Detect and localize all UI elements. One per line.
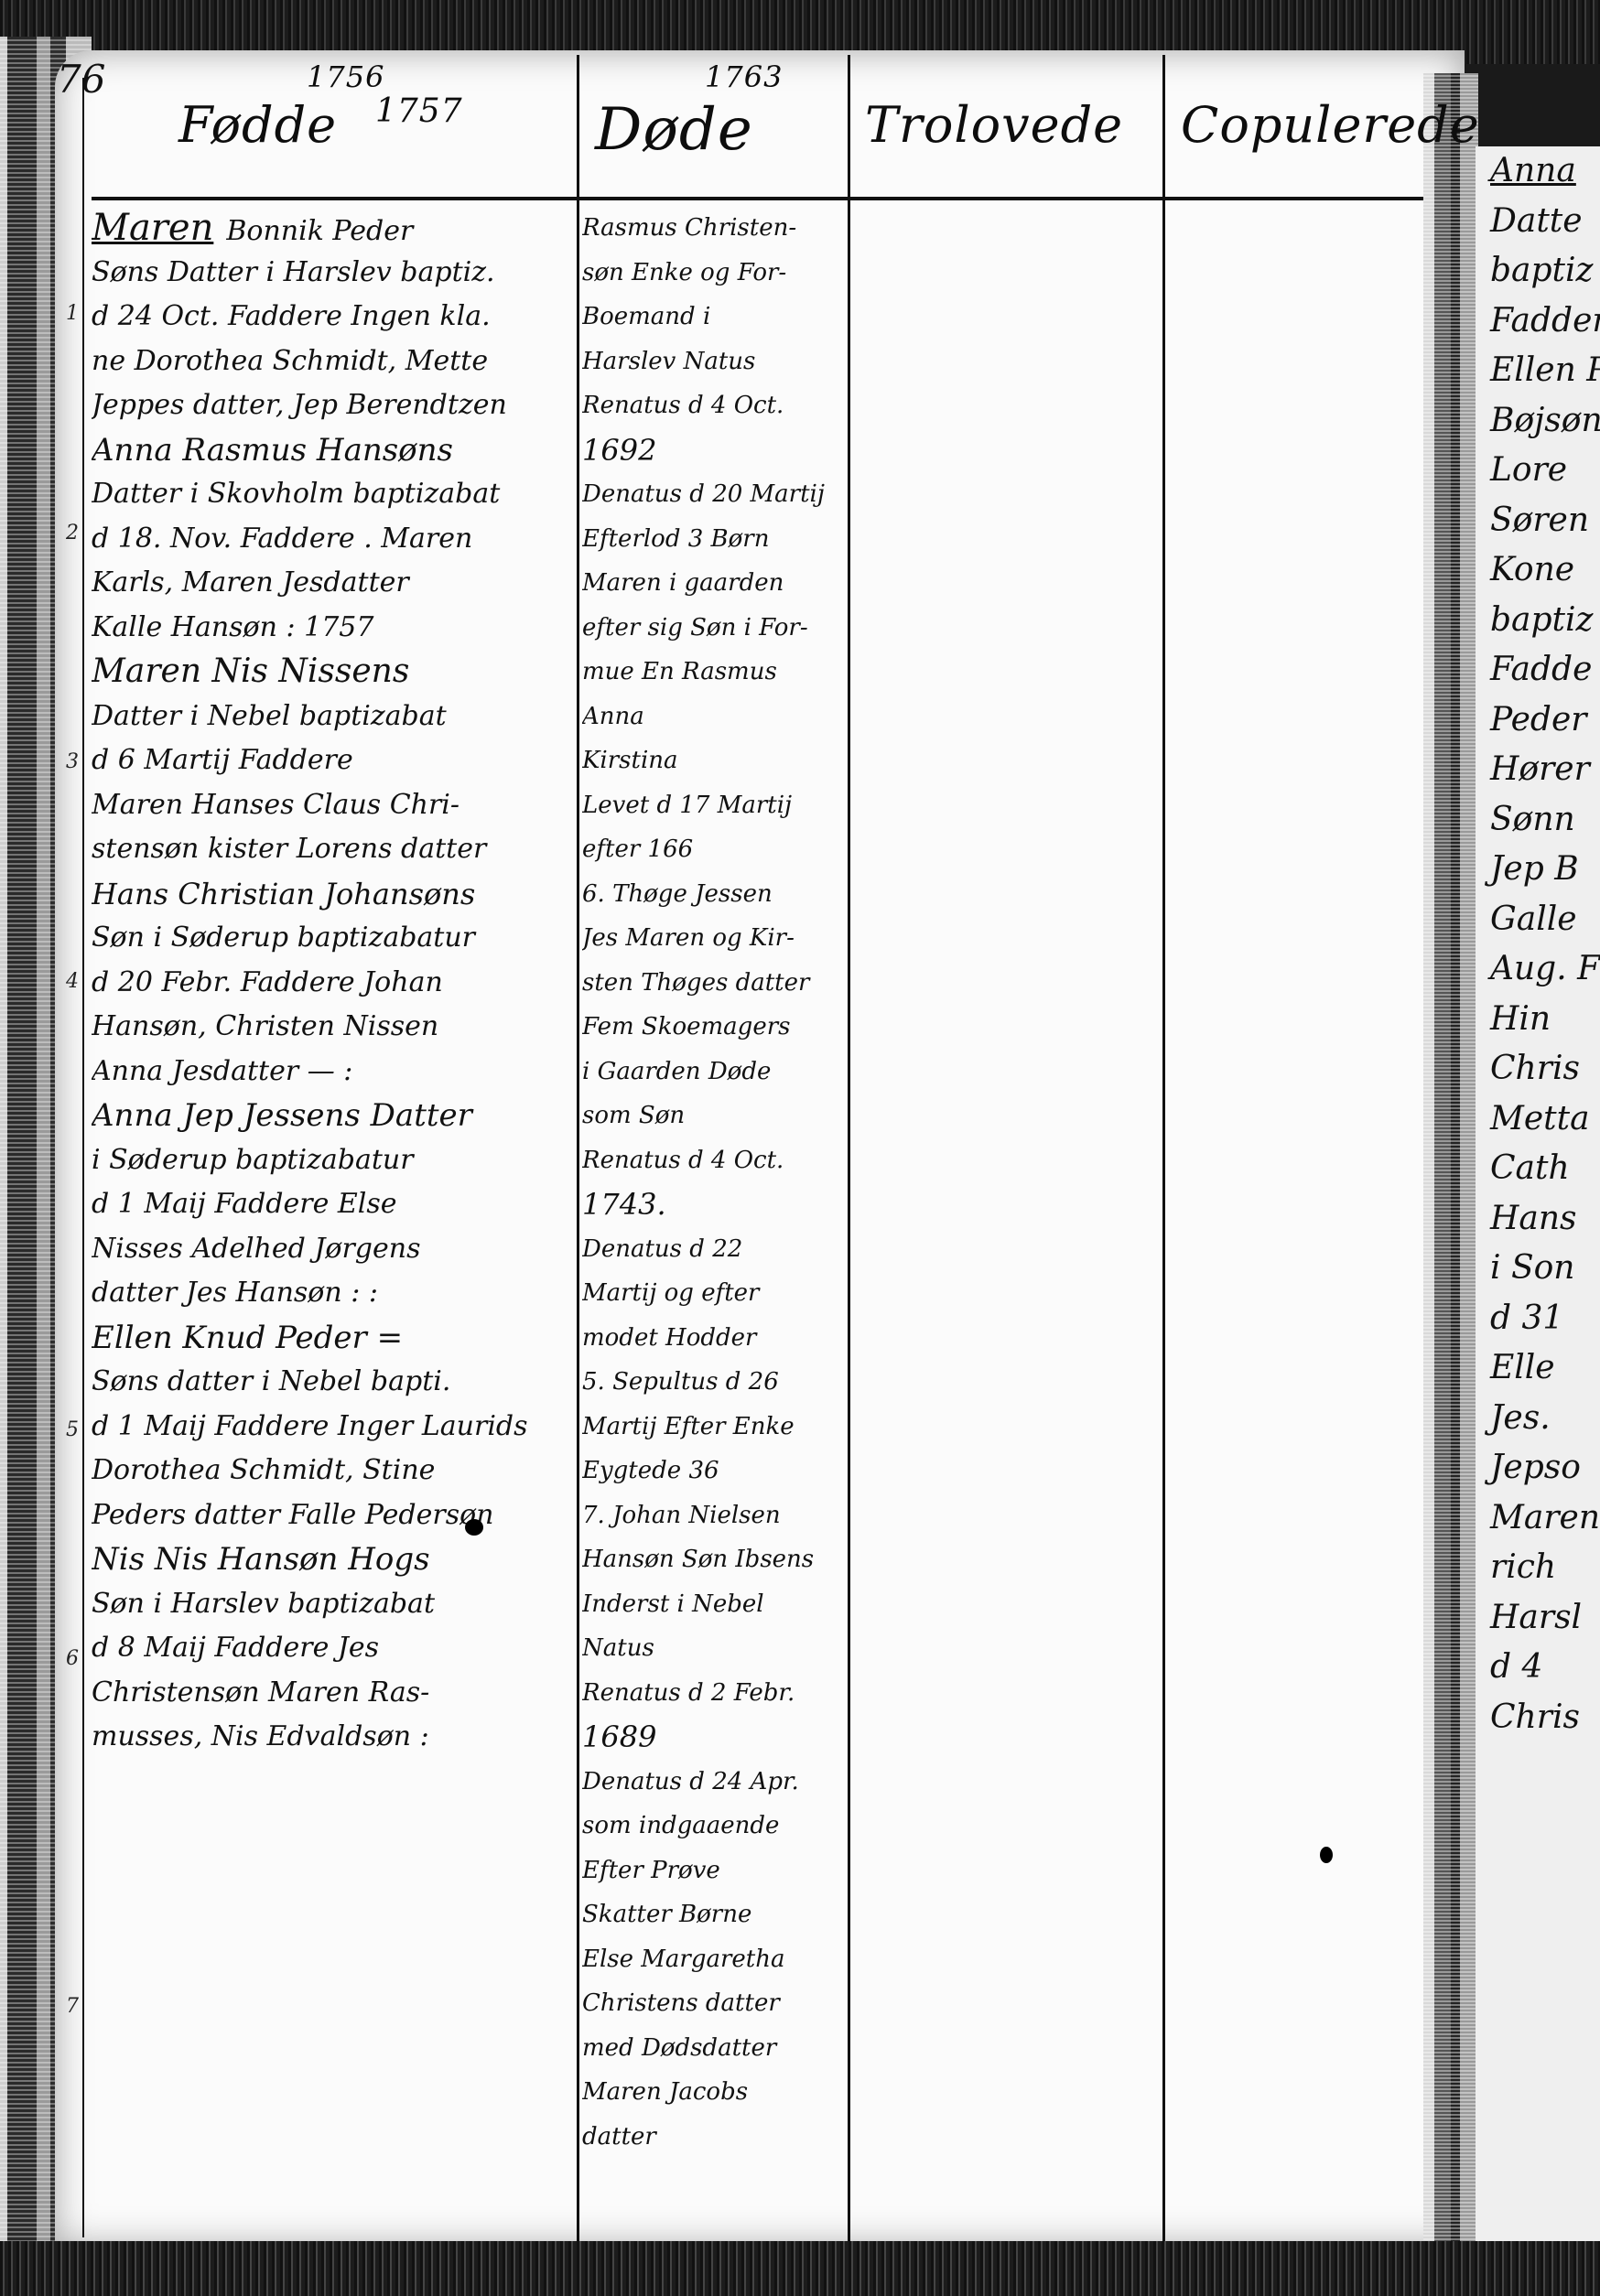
birth-entry-line: musses, Nis Edvaldsøn : (92, 1715, 572, 1760)
death-entry-line: 1743. (582, 1182, 857, 1227)
death-entry-line: 7. Johan Nielsen (582, 1493, 857, 1538)
birth-entry-line: Maren Nis Nissens (92, 650, 572, 695)
adjacent-page-line: Hin (1476, 995, 1600, 1045)
adjacent-page-line: Fadde (1476, 645, 1600, 695)
death-entry-line: 1689 (582, 1715, 857, 1760)
birth-entry-line: Hans Christian Johansøns (92, 872, 572, 917)
ink-blot (1320, 1847, 1333, 1863)
adjacent-page-line: Jes. (1476, 1394, 1600, 1444)
birth-entry: Anna Jep Jessens Datter i Søderup baptiz… (92, 1094, 572, 1316)
birth-entry-line: d 1 Maij Faddere Else (92, 1182, 572, 1227)
death-entry-line: 6. Thøge Jessen (582, 872, 857, 917)
adjacent-page-line: Jep B (1476, 845, 1600, 895)
adjacent-page-line: Søren (1476, 496, 1600, 546)
adjacent-page-line: Kone (1476, 545, 1600, 596)
parent-text: Bonnik Peder (226, 215, 413, 247)
birth-entry-line: Søns datter i Nebel bapti. (92, 1360, 572, 1405)
birth-entry: Anna Rasmus Hansøns Datter i Skovholm ba… (92, 428, 572, 651)
birth-entry-line: Søn i Harslev baptizabat (92, 1582, 572, 1627)
adjacent-page-line: Jepso (1476, 1443, 1600, 1493)
births-column: MarenMaren Bonnik PederBonnik Peder Søns… (92, 206, 572, 2146)
death-entry-line: Anna (582, 695, 857, 739)
child-name: Maren (92, 207, 213, 249)
death-entry-line: Boemand i (582, 295, 857, 340)
adjacent-page-line: Hører (1476, 745, 1600, 795)
death-entry-line: datter (582, 2115, 857, 2160)
death-entry-line: Levet d 17 Martij (582, 783, 857, 828)
death-entry-line: Renatus d 2 Febr. (582, 1671, 857, 1716)
ink-blot (465, 1519, 483, 1536)
birth-entry-line: Kalle Hansøn : 1757 (92, 606, 572, 651)
death-entry-line: Efter Prøve (582, 1849, 857, 1893)
adjacent-page-line: Cath (1476, 1144, 1600, 1194)
birth-entry-line: Dorothea Schmidt, Stine (92, 1449, 572, 1493)
birth-entry-line: d 6 Martij Faddere (92, 738, 572, 783)
adjacent-page-line: Datte (1476, 197, 1600, 247)
adjacent-page-line: Maren (1476, 1493, 1600, 1544)
scan-border-bottom (0, 2241, 1600, 2296)
adjacent-page-line: baptiz (1476, 246, 1600, 296)
birth-entry: Nis Nis Hansøn Hogs Søn i Harslev baptiz… (92, 1537, 572, 1760)
adjacent-page-line: d 4 (1476, 1643, 1600, 1693)
header-year-top-fodde: 1756 (307, 59, 384, 94)
birth-entry-line: d 1 Maij Faddere Inger Laurids (92, 1405, 572, 1450)
birth-entry-line: Anna Rasmus Hansøns (92, 428, 572, 473)
adjacent-page-line: Peder (1476, 695, 1600, 746)
adjacent-page-line: i Son (1476, 1244, 1600, 1294)
death-entry-line: som Søn (582, 1094, 857, 1138)
death-entry-line: Harslev Natus (582, 340, 857, 384)
death-entry-line: Inderst i Nebel (582, 1582, 857, 1627)
birth-entry-line: Anna Jep Jessens Datter (92, 1094, 572, 1138)
death-entry-line: 1692 (582, 428, 857, 473)
death-entry-line: Jes Maren og Kir- (582, 916, 857, 961)
header-label-copulerede: Copulerede (1181, 96, 1480, 154)
margin-entry-number: 1 (66, 302, 79, 325)
adjacent-page-line: Fadder (1476, 296, 1600, 347)
death-entry-line: Else Margaretha (582, 1937, 857, 1982)
birth-entry-line: Christensøn Maren Ras- (92, 1671, 572, 1716)
adjacent-page-line: Lore (1476, 446, 1600, 496)
death-entry-line: Rasmus Christen- (582, 206, 857, 251)
birth-entry-line: Søn i Søderup baptizabatur (92, 916, 572, 961)
death-entry-line: Renatus d 4 Oct. (582, 383, 857, 428)
header-label-trolovede: Trolovede (865, 96, 1123, 154)
birth-entry-line: i Søderup baptizabatur (92, 1138, 572, 1183)
death-entry-line: i Gaarden Døde (582, 1050, 857, 1094)
death-entry-line: Christens datter (582, 1981, 857, 2026)
header-label-fodde: Fødde (178, 96, 337, 154)
death-entry-line: Fem Skoemagers (582, 1005, 857, 1050)
death-entry-line: 5. Sepultus d 26 (582, 1360, 857, 1405)
adjacent-page-line: Chris (1476, 1693, 1600, 1743)
death-entry-line: Martij Efter Enke (582, 1405, 857, 1450)
margin-entry-number: 2 (66, 522, 79, 544)
adjacent-page-line: Elle (1476, 1343, 1600, 1394)
birth-entry-line: Søns Datter i Harslev baptiz. (92, 251, 572, 296)
column-header-trolovede: Trolovede (865, 96, 1167, 188)
death-entry-line: efter sig Søn i For- (582, 606, 857, 651)
margin-entry-number: 6 (66, 1647, 79, 1670)
death-entry-line: Hansøn Søn Ibsens (582, 1537, 857, 1582)
adjacent-page-line: rich (1476, 1543, 1600, 1593)
left-margin-rule (82, 78, 84, 2237)
column-divider-trolovede-copulerede (1162, 55, 1165, 2242)
birth-entry-line: Hansøn, Christen Nissen (92, 1005, 572, 1050)
birth-entry-line: Ellen Knud Peder = (92, 1316, 572, 1361)
birth-entry-line: ne Dorothea Schmidt, Mette (92, 340, 572, 384)
death-entry-line: med Dødsdatter (582, 2026, 857, 2071)
married-column-empty (1172, 206, 1419, 2219)
death-entry-line: Renatus d 4 Oct. (582, 1138, 857, 1183)
death-entry-line: Kirstina (582, 738, 857, 783)
birth-entry: MarenMaren Bonnik PederBonnik Peder Søns… (92, 206, 572, 428)
header-year-top-dode: 1763 (705, 59, 783, 94)
betrothed-column-empty (856, 206, 1162, 2219)
birth-entry-line: Nisses Adelhed Jørgens (92, 1227, 572, 1272)
death-entry-line: Martij og efter (582, 1271, 857, 1316)
death-entry-line: efter 166 (582, 827, 857, 872)
header-rule (92, 197, 1446, 200)
column-divider-fodde-dode (577, 55, 579, 2242)
adjacent-page-line: d 31 (1476, 1294, 1600, 1344)
birth-entry-line: Nis Nis Hansøn Hogs (92, 1537, 572, 1582)
margin-entry-number: 7 (66, 1995, 79, 2018)
birth-entry-line: Jeppes datter, Jep Berendtzen (92, 383, 572, 428)
death-entry-line: Skatter Børne (582, 1892, 857, 1937)
death-entry-line: Efterlod 3 Børn (582, 517, 857, 562)
birth-entry-line: Karls, Maren Jesdatter (92, 561, 572, 606)
margin-entry-number: 4 (66, 970, 79, 993)
adjacent-page-line: Metta (1476, 1094, 1600, 1145)
birth-entry-line: Datter i Skovholm baptizabat (92, 472, 572, 517)
deaths-column: Rasmus Christen- søn Enke og For- Boeman… (582, 206, 857, 2164)
death-entry-line: Maren i gaarden (582, 561, 857, 606)
birth-entry-line: stensøn kister Lorens datter (92, 827, 572, 872)
margin-entry-number: 5 (66, 1418, 79, 1441)
adjacent-page-line: Hans (1476, 1194, 1600, 1245)
adjacent-page-line: Harsl (1476, 1593, 1600, 1644)
birth-entry-line: d 20 Febr. Faddere Johan (92, 961, 572, 1006)
birth-entry: Hans Christian Johansøns Søn i Søderup b… (92, 872, 572, 1094)
birth-entry: Ellen Knud Peder = Søns datter i Nebel b… (92, 1316, 572, 1538)
death-entry-line: Maren Jacobs (582, 2070, 857, 2115)
death-entry-line: modet Hodder (582, 1316, 857, 1361)
adjacent-page-line: Chris (1476, 1044, 1600, 1094)
birth-entry-line: Datter i Nebel baptizabat (92, 695, 572, 739)
birth-entry-line: Peders datter Falle Pedersøn (92, 1493, 572, 1538)
column-header-fodde: 1756 Fødde 1757 (178, 96, 563, 188)
adjacent-page-line: Bøjsøn (1476, 396, 1600, 447)
birth-entry-line: d 18. Nov. Faddere . Maren (92, 517, 572, 562)
death-entry-line: søn Enke og For- (582, 251, 857, 296)
death-entry-line: mue En Rasmus (582, 650, 857, 695)
header-year-side-fodde: 1757 (375, 92, 463, 130)
death-entry-line: Denatus d 24 Apr. (582, 1760, 857, 1805)
header-label-dode: Døde (595, 96, 753, 164)
adjacent-page-line: Anna (1476, 146, 1600, 197)
column-header-dode: 1763 Døde (595, 96, 851, 188)
death-entry-line: sten Thøges datter (582, 961, 857, 1006)
adjacent-page-line: Sønn (1476, 795, 1600, 846)
death-entry-line: Denatus d 22 (582, 1227, 857, 1272)
birth-entry-line: Maren Hanses Claus Chri- (92, 783, 572, 828)
column-header-copulerede: Copulerede (1181, 96, 1474, 188)
page-number: 76 (57, 57, 105, 102)
adjacent-page-line: baptiz (1476, 596, 1600, 646)
binding-gutter-right (1423, 73, 1478, 2251)
birth-entry-line: d 24 Oct. Faddere Ingen kla. (92, 295, 572, 340)
birth-entry: Maren Nis Nissens Datter i Nebel baptiza… (92, 650, 572, 872)
birth-entry-line: d 8 Maij Faddere Jes (92, 1626, 572, 1671)
birth-entry-line: datter Jes Hansøn : : (92, 1271, 572, 1316)
birth-entry-line: MarenMaren Bonnik PederBonnik Peder (92, 206, 572, 251)
death-entry-line: Eygtede 36 (582, 1449, 857, 1493)
adjacent-page-line: Aug. F (1476, 944, 1600, 995)
margin-entry-number: 3 (66, 750, 79, 773)
adjacent-page-line: Galle (1476, 895, 1600, 945)
adjacent-page-fragment: Anna Datte baptiz Fadder Ellen P Bøjsøn … (1476, 146, 1600, 2251)
death-entry-line: Natus (582, 1626, 857, 1671)
birth-entry-line: Anna Jesdatter — : (92, 1050, 572, 1094)
death-entry-line: som indgaaende (582, 1804, 857, 1849)
adjacent-page-line: Ellen P (1476, 346, 1600, 396)
death-entry-line: Denatus d 20 Martij (582, 472, 857, 517)
